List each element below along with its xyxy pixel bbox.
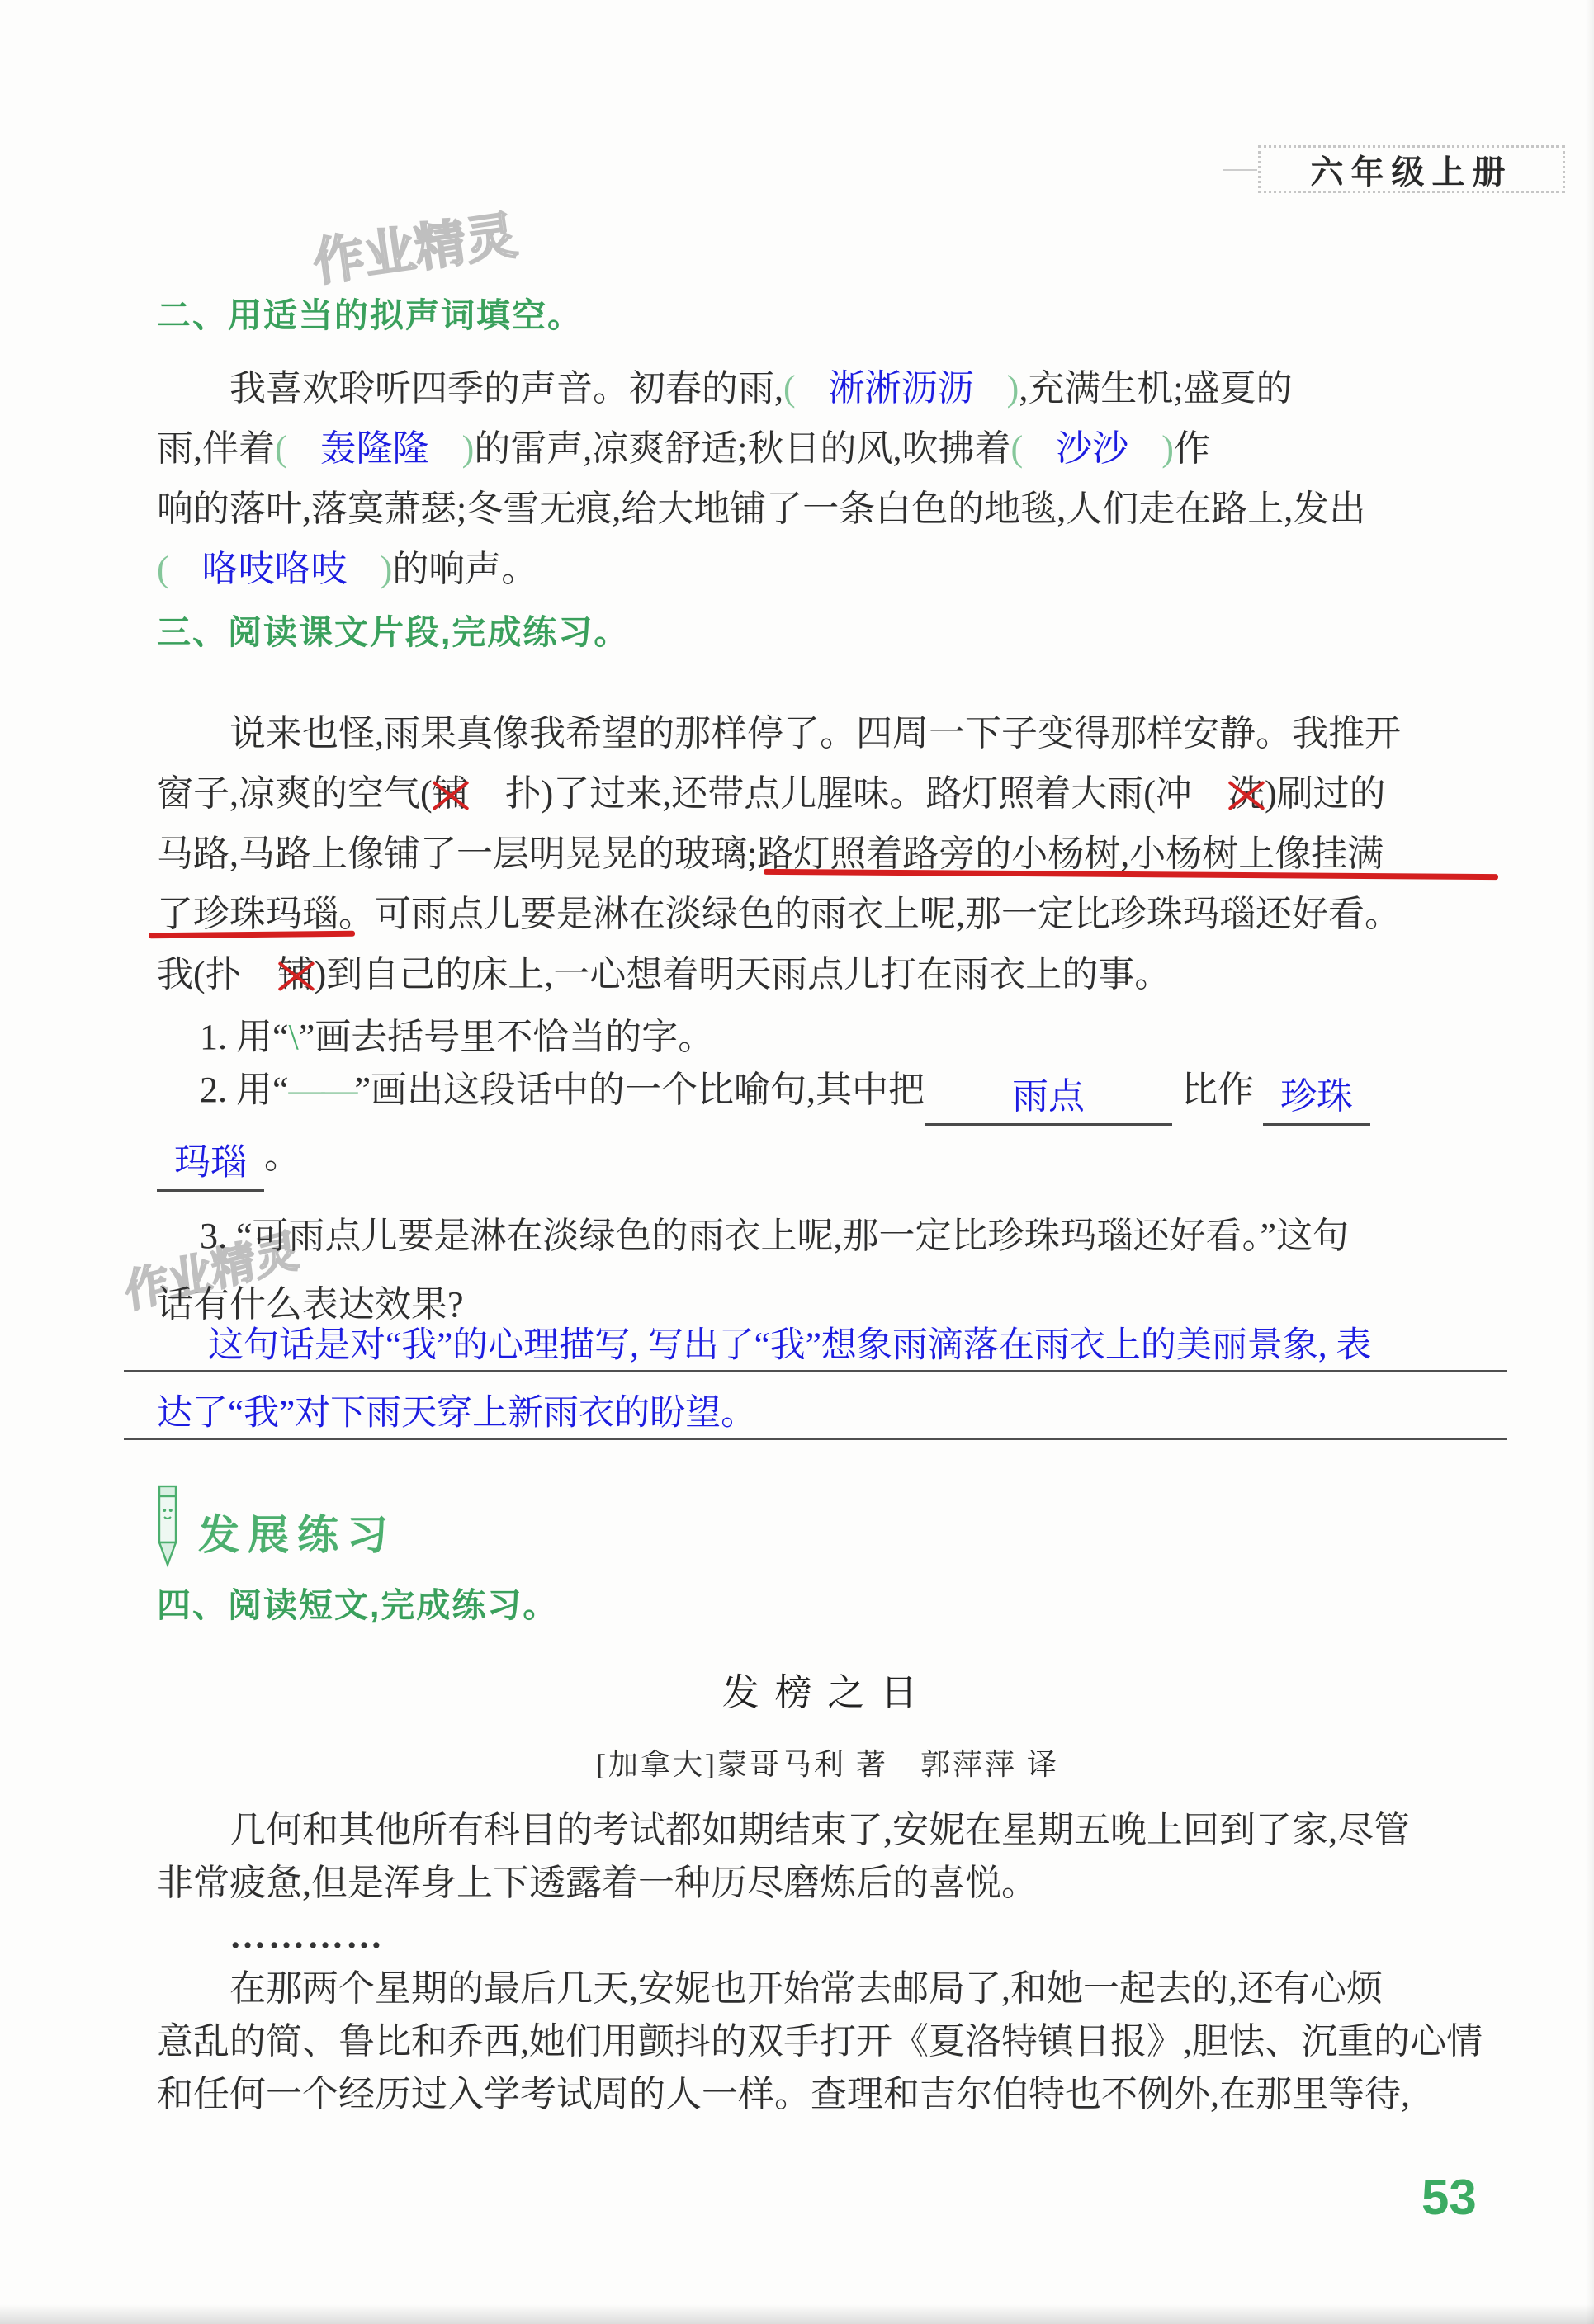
text-line: 在那两个星期的最后几天,安妮也开始常去邮局了,和她一起去的,还有心烦: [157, 1963, 1498, 2015]
text-segment: 我(扑: [157, 954, 278, 994]
text-segment: 雨,伴着: [157, 428, 275, 469]
text-segment: 我喜欢聆听四季的声音。初春的雨,: [229, 368, 783, 409]
text-line: …………: [157, 1910, 1498, 1963]
text-segment: (: [275, 428, 287, 469]
pencil-icon: [150, 1484, 185, 1574]
text-segment: ): [1007, 368, 1019, 409]
workbook-page: 六年级上册 作业精灵 作业精灵 二、用适当的拟声词填空。 我喜欢聆听四季的声音。…: [0, 0, 1594, 2324]
text-line: 我喜欢聆听四季的声音。初春的雨,(淅淅沥沥),充满生机;盛夏的: [157, 358, 1365, 418]
text-segment: ): [1161, 428, 1174, 469]
text-segment: (: [783, 368, 796, 409]
reading-byline: [加拿大]蒙哥马利 著 郭萍萍 译: [157, 1741, 1498, 1783]
question-3-line-1: 3. “可雨点儿要是淋在淡绿色的雨衣上呢,那一定比珍珠玛瑙还好看。”这句: [200, 1206, 1349, 1259]
text-line: 了珍珠玛瑙。可雨点儿要是淋在淡绿色的雨衣上呢,那一定比珍珠玛瑙还好看。: [157, 884, 1498, 944]
text-segment: 2. 用“: [200, 1070, 289, 1110]
text-line: 几何和其他所有科目的考试都如期结束了,安妮在星期五晚上回到了家,尽管: [157, 1804, 1498, 1857]
text-segment: ”画去括号里不恰当的字。: [299, 1017, 715, 1057]
reading-title: 发榜之日: [157, 1662, 1498, 1716]
text-segment: )刷过的: [1265, 773, 1386, 814]
text-line: 非常疲惫,但是浑身上下透露着一种历尽磨炼后的喜悦。: [157, 1857, 1498, 1910]
watermark-top: 作业精灵: [308, 194, 521, 295]
text-segment: ,充满生机;盛夏的: [1019, 368, 1292, 409]
development-exercise-banner: 发展练习: [198, 1502, 396, 1561]
text-segment: ——: [289, 1070, 355, 1110]
page-number: 53: [1421, 2169, 1477, 2226]
text-segment: 沙沙: [1023, 428, 1161, 469]
text-line: 窗子,凉爽的空气(铺 扑)了过来,还带点儿腥味。路灯照着大雨(冲 洗)刷过的: [157, 763, 1498, 824]
section-3-passage: 说来也怪,雨果真像我希望的那样停了。四周一下子变得那样安静。我推开窗子,凉爽的空…: [157, 703, 1498, 1004]
booklet-title: 六年级上册: [1311, 146, 1513, 193]
text-segment: 轰隆隆: [287, 428, 462, 469]
text-segment: 雨点: [925, 1075, 1172, 1126]
text-segment: 洗: [1228, 763, 1265, 824]
text-segment: 玛瑙: [157, 1141, 264, 1192]
page-edge-shadow-bottom: [0, 2304, 1594, 2324]
question-1: 1. 用“\”画去括号里不恰当的字。: [200, 1007, 714, 1060]
text-segment: 铺: [278, 944, 315, 1004]
text-segment: ): [381, 549, 393, 589]
text-line: 雨,伴着(轰隆隆)的雷声,凉爽舒适;秋日的风,吹拂着(沙沙)作: [157, 418, 1365, 479]
text-line: 意乱的简、鲁比和乔西,她们用颤抖的双手打开《夏洛特镇日报》,胆怯、沉重的心情: [157, 2015, 1498, 2068]
text-segment: 的雷声,凉爽舒适;秋日的风,吹拂着: [474, 428, 1010, 469]
text-segment: 铺: [433, 763, 469, 824]
text-segment: 淅淅沥沥: [796, 368, 1007, 409]
text-line: 响的落叶,落寞萧瑟;冬雪无痕,给大地铺了一条白色的地毯,人们走在路上,发出: [157, 479, 1365, 539]
text-segment: 比作: [1172, 1070, 1263, 1110]
text-line: 说来也怪,雨果真像我希望的那样停了。四周一下子变得那样安静。我推开: [157, 703, 1498, 763]
question-2-line-1: 2. 用“——”画出这段话中的一个比喻句,其中把雨点 比作 珍珠: [200, 1060, 1370, 1126]
text-segment: 扑)了过来,还带点儿腥味。路灯照着大雨(冲: [469, 773, 1228, 814]
text-segment: (: [1011, 428, 1024, 469]
text-segment: 咯吱咯吱: [169, 549, 381, 589]
answer-line-1: 这句话是对“我”的心理描写, 写出了“我”想象雨滴落在雨衣上的美丽景象, 表: [124, 1325, 1507, 1372]
text-segment: \: [289, 1017, 299, 1057]
question-2-line-2: 玛瑙。: [157, 1126, 300, 1192]
text-segment: (: [157, 549, 169, 589]
page-edge-shadow-right: [1586, 0, 1594, 2324]
text-segment: 响的落叶,落寞萧瑟;冬雪无痕,给大地铺了一条白色的地毯,人们走在路上,发出: [157, 489, 1365, 529]
question-3-line-2: 话有什么表达效果?: [157, 1274, 464, 1327]
booklet-header-box: 六年级上册: [1258, 145, 1565, 193]
text-line: 我(扑 铺)到自己的床上,一心想着明天雨点儿打在雨衣上的事。: [157, 944, 1498, 1004]
section-2-paragraph: 我喜欢聆听四季的声音。初春的雨,(淅淅沥沥),充满生机;盛夏的雨,伴着(轰隆隆)…: [157, 358, 1365, 599]
text-segment: ”画出这段话中的一个比喻句,其中把: [355, 1070, 925, 1110]
section-2-heading: 二、用适当的拟声词填空。: [157, 288, 583, 337]
text-line: 和任何一个经历过入学考试周的人一样。查理和吉尔伯特也不例外,在那里等待,: [157, 2068, 1498, 2121]
section-4-heading: 四、阅读短文,完成练习。: [157, 1578, 558, 1627]
answer-line-2: 达了“我”对下雨天穿上新雨衣的盼望。: [124, 1393, 1507, 1440]
reading-text: 几何和其他所有科目的考试都如期结束了,安妮在星期五晚上回到了家,尽管非常疲惫,但…: [157, 1804, 1498, 2121]
text-segment: ): [462, 428, 475, 469]
text-segment: 1. 用“: [200, 1017, 289, 1057]
text-segment: 窗子,凉爽的空气(: [157, 773, 433, 814]
text-line: (咯吱咯吱)的响声。: [157, 539, 1365, 599]
text-segment: )到自己的床上,一心想着明天雨点儿打在雨衣上的事。: [315, 954, 1171, 994]
text-segment: 。: [264, 1136, 300, 1176]
text-segment: 的响声。: [392, 549, 537, 589]
text-segment: 作: [1174, 428, 1210, 469]
section-3-heading: 三、阅读课文片段,完成练习。: [157, 605, 629, 654]
text-segment: 珍珠: [1263, 1075, 1370, 1126]
